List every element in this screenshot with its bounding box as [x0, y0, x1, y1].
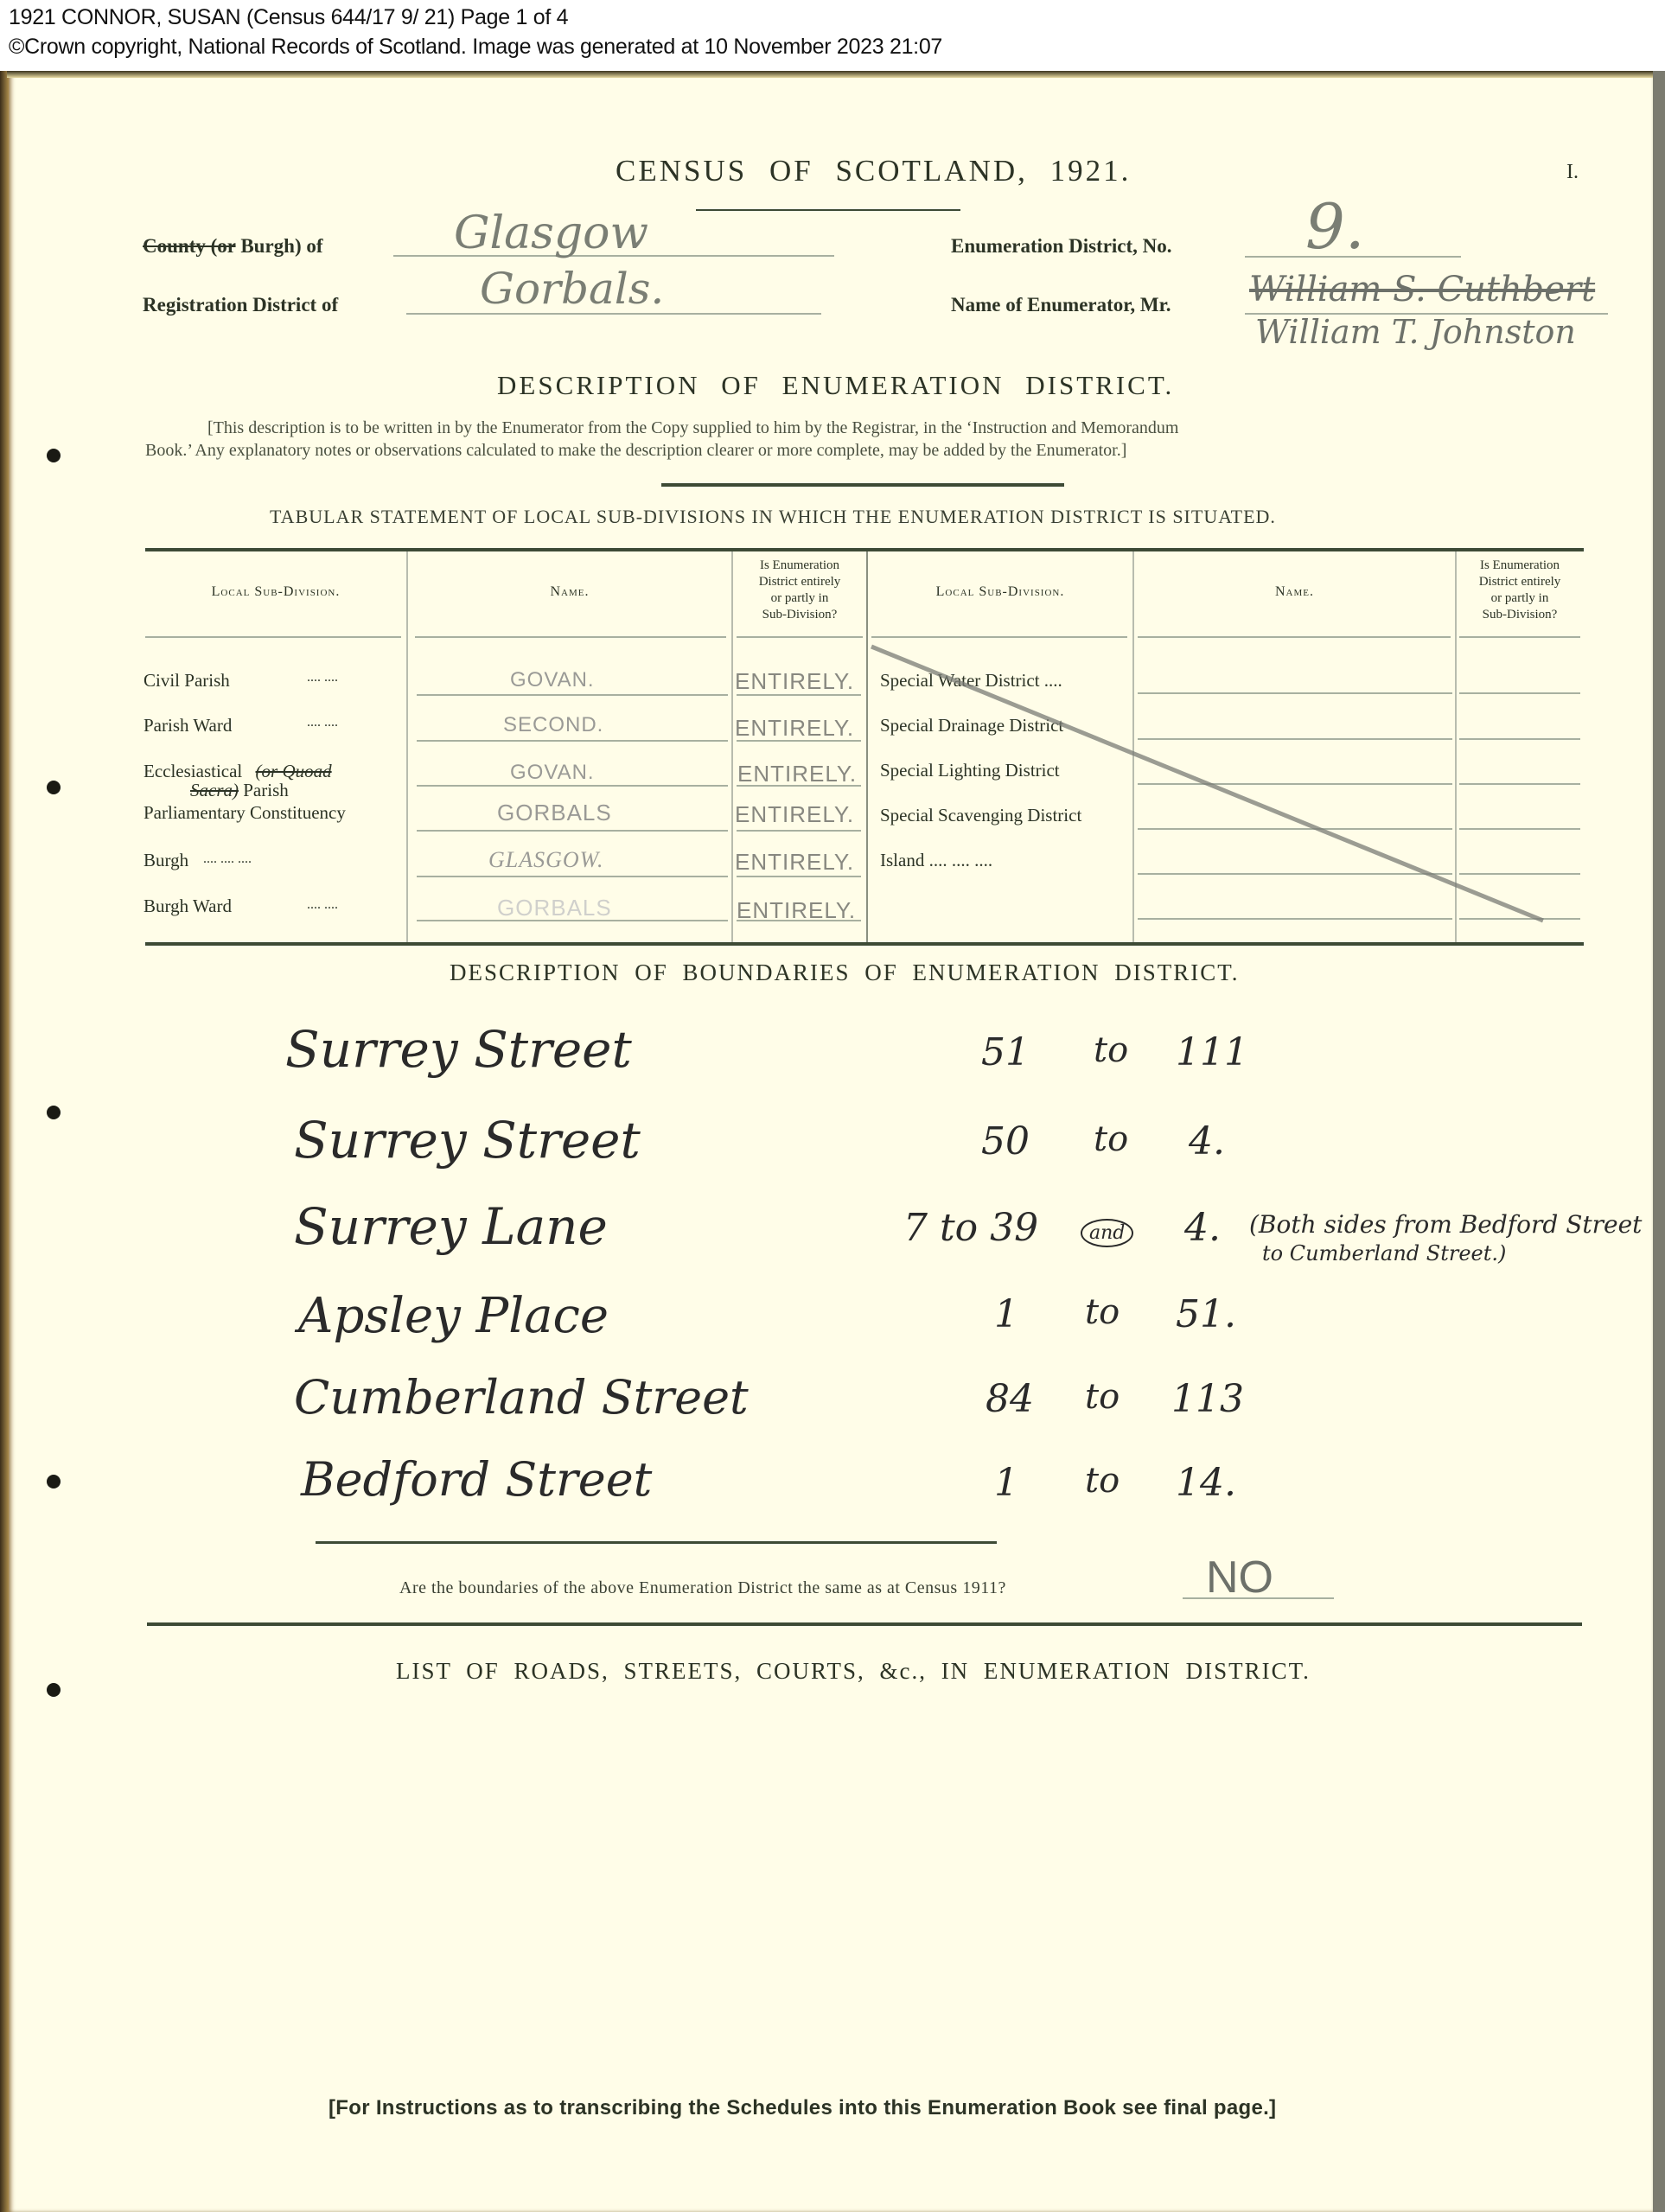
- punch-hole-icon: [47, 449, 61, 462]
- punch-hole-icon: [47, 1475, 61, 1488]
- copyright-notice: ©Crown copyright, National Records of Sc…: [9, 35, 942, 60]
- table-divider: [406, 551, 408, 942]
- header-rule: [415, 636, 726, 638]
- header-local-subdivision: Local Sub-Division.: [145, 584, 406, 600]
- header-local-subdivision-right: Local Sub-Division.: [868, 584, 1132, 600]
- enum-district-label: Enumeration District, No.: [951, 235, 1172, 258]
- instruction-line-1: [This description is to be written in by…: [207, 418, 1178, 438]
- tabular-heading: TABULAR STATEMENT OF LOCAL SUB-DIVISIONS…: [270, 506, 1276, 528]
- section-rule: [661, 483, 1064, 487]
- county-label: County (or Burgh) of: [143, 235, 323, 258]
- table-top-rule: [145, 548, 1584, 551]
- header-rule: [1459, 636, 1580, 638]
- image-title: 1921 CONNOR, SUSAN (Census 644/17 9/ 21)…: [9, 5, 568, 30]
- registration-value: Gorbals.: [480, 264, 664, 314]
- county-value: Glasgow: [454, 207, 648, 259]
- enumerator-name: William T. Johnston: [1255, 313, 1576, 351]
- page-edge-top: [7, 71, 1658, 78]
- header-rule: [145, 636, 401, 638]
- header-entirely: Is Enumeration District entirely or part…: [733, 558, 866, 623]
- header-entirely-right: Is Enumeration District entirely or part…: [1457, 558, 1583, 623]
- form-title: CENSUS OF SCOTLAND, 1921.: [616, 154, 1131, 188]
- page-edge-left: [0, 71, 9, 2212]
- header-name: Name.: [408, 584, 731, 600]
- header-rule: [737, 636, 863, 638]
- roads-list-heading: LIST OF ROADS, STREETS, COURTS, &c., IN …: [396, 1658, 1311, 1685]
- punch-hole-icon: [47, 1106, 61, 1119]
- enumerator-label: Name of Enumerator, Mr.: [951, 294, 1171, 316]
- header-rule: [871, 636, 1127, 638]
- page-edge-right: [1653, 71, 1665, 2212]
- table-bottom-rule: [145, 942, 1584, 946]
- footer-instructions: [For Instructions as to transcribing the…: [329, 2096, 1276, 2120]
- header-name-right: Name.: [1134, 584, 1455, 600]
- census-1911-answer: NO: [1206, 1552, 1273, 1603]
- enumerator-struck-name: William S. Cuthbert: [1249, 270, 1595, 309]
- boundaries-heading: DESCRIPTION OF BOUNDARIES OF ENUMERATION…: [450, 959, 1240, 986]
- description-heading: DESCRIPTION OF ENUMERATION DISTRICT.: [497, 370, 1174, 401]
- enum-district-value: 9.: [1305, 190, 1365, 263]
- section-divider-rule: [147, 1622, 1582, 1626]
- diagonal-strike-line: [864, 640, 1556, 925]
- header-rule: [1138, 636, 1451, 638]
- page-marker: I.: [1566, 161, 1579, 184]
- census-1911-question: Are the boundaries of the above Enumerat…: [399, 1578, 1006, 1598]
- registration-label: Registration District of: [143, 294, 338, 316]
- title-rule: [696, 209, 960, 211]
- instruction-line-2: Book.’ Any explanatory notes or observat…: [145, 441, 1126, 461]
- punch-hole-icon: [47, 781, 61, 794]
- punch-hole-icon: [47, 1683, 61, 1697]
- boundaries-rule: [316, 1541, 997, 1544]
